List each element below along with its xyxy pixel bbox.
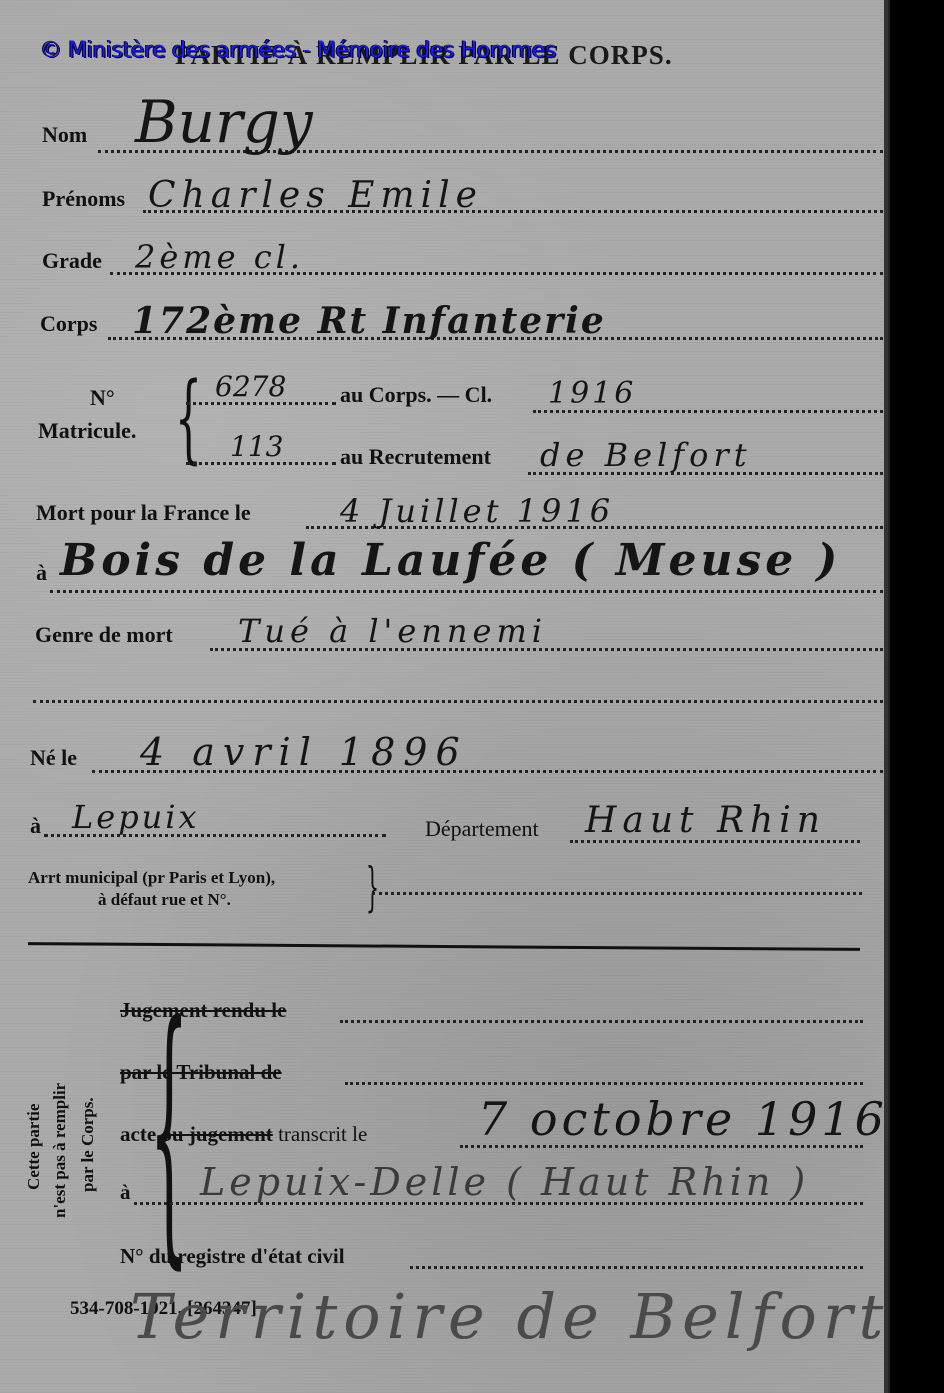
label-transcrit-a: à — [120, 1180, 131, 1205]
label-ne-le: Né le — [30, 745, 77, 771]
value-departement: Haut Rhin — [585, 800, 826, 841]
label-arrondissement-1: Arrt municipal (pr Paris et Lyon), — [28, 868, 275, 888]
card-edge — [884, 0, 888, 1393]
label-acte-struck: ou jugement — [161, 1122, 272, 1146]
value-mort-le: 4 Juillet 1916 — [340, 492, 614, 530]
side-note-line2: n'est pas à remplir — [50, 1083, 70, 1218]
value-corps-number: 6278 — [215, 370, 286, 403]
label-tribunal: par le Tribunal de — [120, 1060, 282, 1085]
label-matricule: Matricule. — [38, 418, 136, 444]
value-mort-a: Bois de la Laufée ( Meuse ) — [60, 535, 841, 586]
value-genre-de-mort: Tué à l'ennemi — [238, 612, 547, 650]
value-corps: 172ème Rt Infanterie — [132, 300, 606, 342]
label-jugement: Jugement rendu le — [120, 998, 286, 1023]
label-acte-part2: transcrit le — [278, 1122, 367, 1146]
label-prenoms: Prénoms — [42, 186, 125, 212]
line-jugement — [340, 1020, 863, 1023]
side-note-line1: Cette partie — [24, 1104, 44, 1190]
value-recrutement: de Belfort — [540, 436, 752, 474]
line-tribunal — [345, 1082, 863, 1085]
label-corps: Corps — [40, 311, 97, 337]
line-blank — [33, 700, 883, 703]
value-recrutement-number: 113 — [230, 430, 283, 463]
copyright-watermark: © Ministère des armées - Mémoire des Hom… — [40, 38, 556, 63]
annotation-territoire: Territoire de Belfort — [130, 1280, 889, 1353]
line-registre — [410, 1266, 863, 1269]
label-grade: Grade — [42, 248, 102, 274]
line-arrondissement — [372, 892, 862, 895]
label-nom: Nom — [42, 122, 87, 148]
label-au-corps: au Corps. — Cl. — [340, 382, 492, 408]
value-prenoms: Charles Emile — [148, 175, 483, 216]
label-registre: N° du registre d'état civil — [120, 1244, 345, 1269]
label-mort-le: Mort pour la France le — [36, 500, 251, 526]
label-numero: N° — [90, 385, 115, 411]
label-ne-a: à — [30, 813, 41, 839]
label-acte: acte ou jugement transcrit le — [120, 1122, 367, 1147]
label-au-recrutement: au Recrutement — [340, 444, 491, 470]
section-separator — [28, 942, 860, 951]
value-ne-le: 4 avril 1896 — [140, 730, 468, 774]
value-grade: 2ème cl. — [135, 238, 304, 276]
value-acte: 7 octobre 1916 — [478, 1092, 888, 1146]
matricule-brace: { — [175, 368, 202, 468]
arrondissement-brace: } — [366, 860, 379, 916]
value-classe: 1916 — [548, 376, 636, 411]
value-nom: Burgy — [135, 88, 313, 156]
line-mort-a — [50, 590, 883, 593]
label-departement: Département — [425, 816, 539, 842]
label-acte-part1: acte — [120, 1122, 156, 1146]
label-arrondissement-2: à défaut rue et N°. — [98, 890, 231, 910]
value-ne-a: Lepuix — [72, 798, 200, 836]
label-mort-a: à — [36, 560, 47, 586]
value-transcrit-a: Lepuix-Delle ( Haut Rhin ) — [200, 1160, 809, 1204]
side-note-line3: par le Corps. — [78, 1097, 98, 1192]
record-card: PARTIE À REMPLIR PAR LE CORPS. © Ministè… — [0, 0, 890, 1393]
label-genre-de-mort: Genre de mort — [35, 622, 173, 648]
